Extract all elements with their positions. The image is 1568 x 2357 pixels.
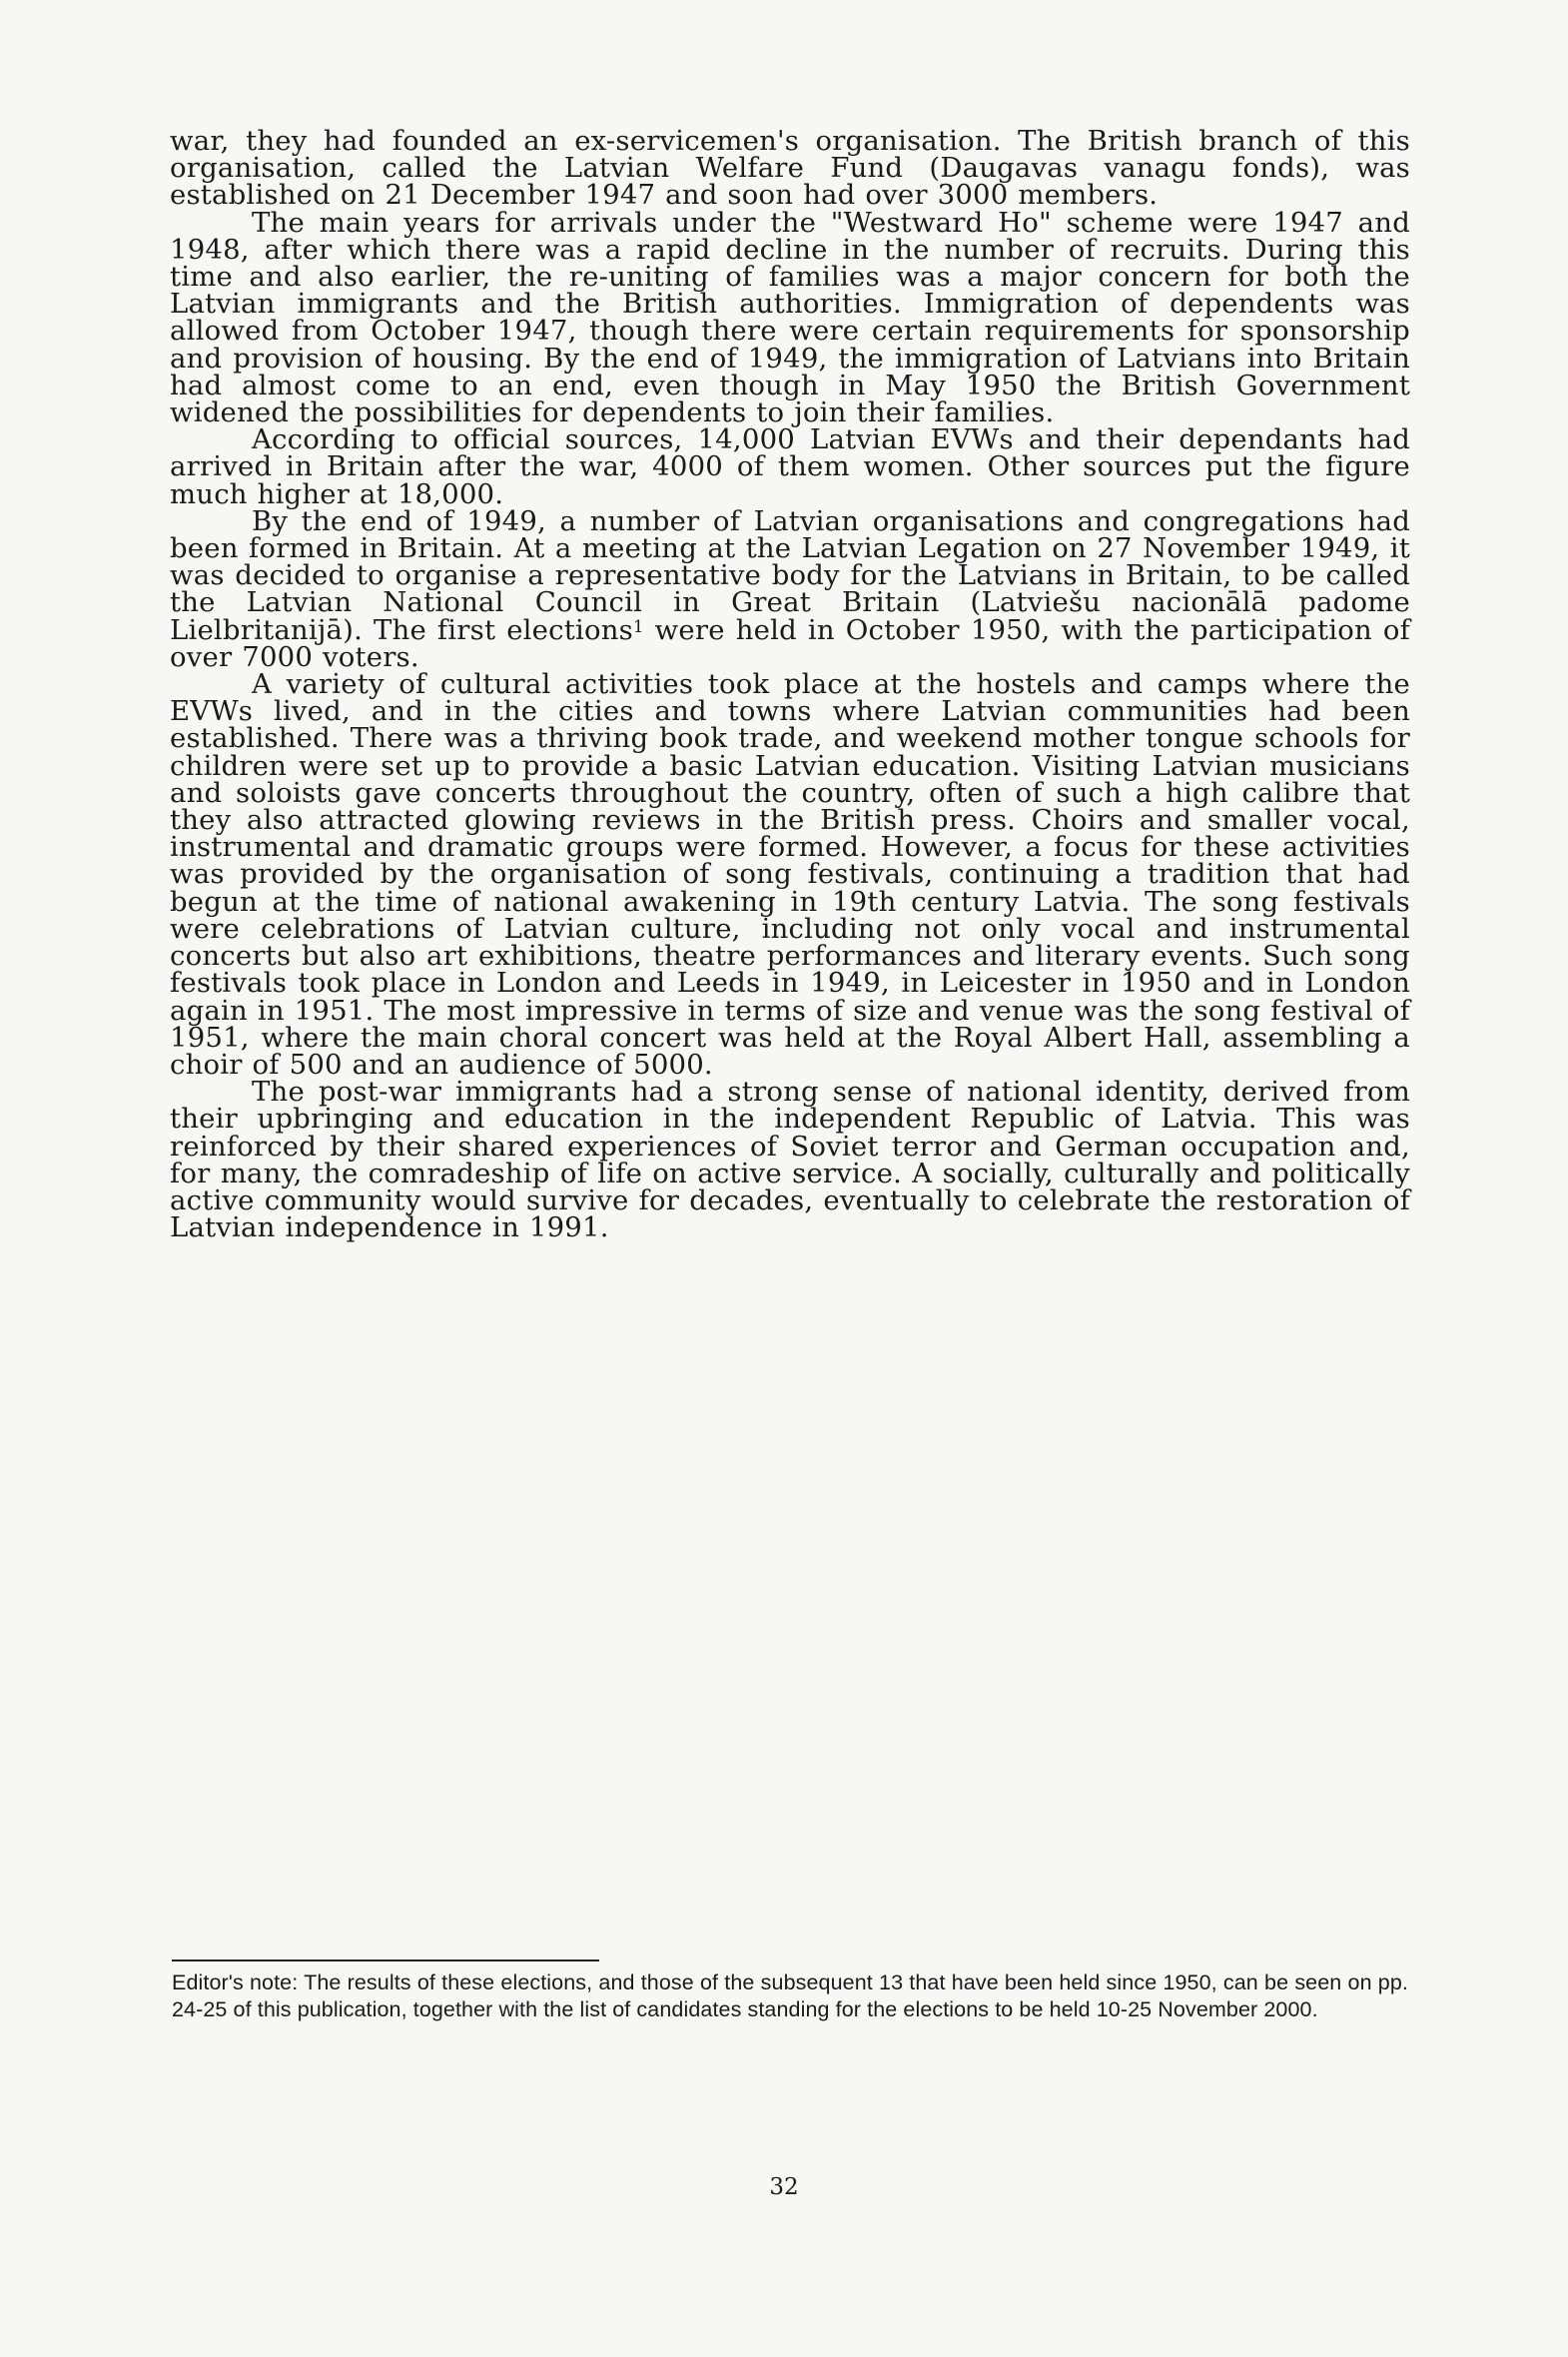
document-page: war, they had founded an ex-servicemen's… xyxy=(0,0,1568,2357)
paragraph-4: By the end of 1949, a number of Latvian … xyxy=(170,508,1410,671)
paragraph-1: war, they had founded an ex-servicemen's… xyxy=(170,128,1410,210)
footnote-divider xyxy=(172,1960,599,1962)
footnote-marker: 1 xyxy=(633,617,644,636)
footnote-text: Editor's note: The results of these elec… xyxy=(172,1969,1408,2023)
paragraph-2: The main years for arrivals under the "W… xyxy=(170,210,1410,427)
paragraph-3: According to official sources, 14,000 La… xyxy=(170,426,1410,508)
footnote: Editor's note: The results of these elec… xyxy=(172,1969,1408,2023)
body-text: war, they had founded an ex-servicemen's… xyxy=(170,128,1410,1241)
paragraph-6: The post-war immigrants had a strong sen… xyxy=(170,1079,1410,1241)
page-number: 32 xyxy=(0,2174,1568,2200)
paragraph-5: A variety of cultural activities took pl… xyxy=(170,671,1410,1079)
